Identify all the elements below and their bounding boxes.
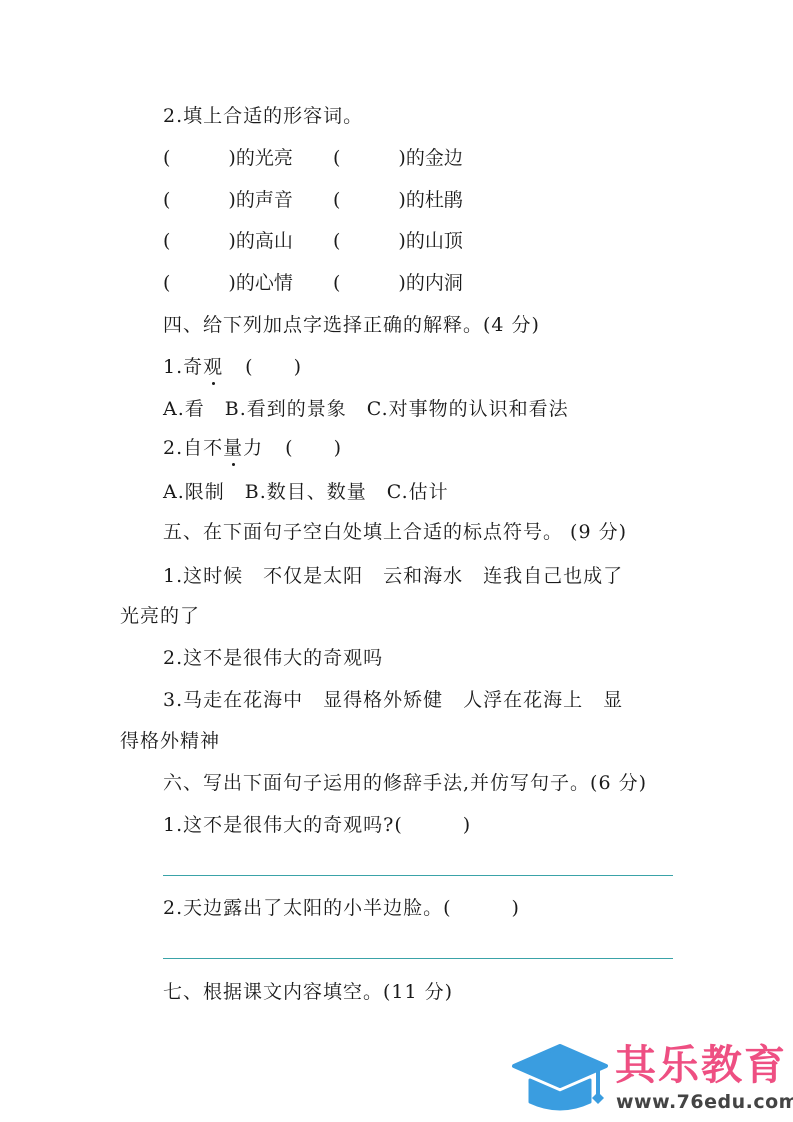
adjective-blank[interactable]: ()的内洞 — [333, 271, 463, 295]
sentence-5-1: 1.这时候 不仅是太阳 云和海水 连我自己也成了 — [163, 564, 623, 588]
brand-url: www.76edu.com — [616, 1092, 793, 1112]
section-5-title: 五、在下面句子空白处填上合适的标点符号。 (9 分) — [163, 520, 627, 544]
adjective-blank[interactable]: ()的山顶 — [333, 229, 463, 253]
adjective-blank[interactable]: ()的心情 — [163, 271, 293, 295]
q2-title: 2.填上合适的形容词。 — [163, 104, 363, 128]
answer-blank[interactable]: ( ) — [285, 437, 342, 459]
section-4-title: 四、给下列加点字选择正确的解释。(4 分) — [163, 313, 540, 337]
question-6-1: 1.这不是很伟大的奇观吗?( ) — [163, 813, 471, 837]
adjective-blank[interactable]: ()的高山 — [163, 229, 293, 253]
emphasis-dot-char: 观 — [203, 355, 223, 379]
emphasis-dot-char: 量 — [223, 436, 243, 460]
question-6-2: 2.天边露出了太阳的小半边脸。( ) — [163, 896, 520, 920]
sentence-5-1-cont: 光亮的了 — [120, 604, 200, 628]
section-7-title: 七、根据课文内容填空。(11 分) — [163, 980, 453, 1004]
answer-blank[interactable]: ( ) — [245, 356, 302, 378]
question-4-1: 1.奇观( ) — [163, 355, 302, 379]
brand-logo: 其乐教育 www.76edu.com — [508, 1040, 788, 1118]
section-6-title: 六、写出下面句子运用的修辞手法,并仿写句子。(6 分) — [163, 771, 647, 795]
question-4-2: 2.自不量力( ) — [163, 436, 342, 460]
sentence-5-3: 3.马走在花海中 显得格外矫健 人浮在花海上 显 — [163, 688, 623, 712]
graduation-cap-icon — [508, 1040, 613, 1115]
sentence-5-3-cont: 得格外精神 — [120, 729, 220, 753]
options-4-2: A.限制 B.数目、数量 C.估计 — [163, 480, 449, 504]
adjective-blank[interactable]: ()的光亮 — [163, 146, 293, 170]
adjective-blank[interactable]: ()的声音 — [163, 188, 293, 212]
brand-title: 其乐教育 — [615, 1043, 787, 1087]
adjective-blank[interactable]: ()的杜鹃 — [333, 188, 463, 212]
options-4-1: A.看 B.看到的景象 C.对事物的认识和看法 — [163, 397, 569, 421]
answer-line[interactable] — [163, 958, 673, 959]
sentence-5-2: 2.这不是很伟大的奇观吗 — [163, 646, 383, 670]
answer-line[interactable] — [163, 875, 673, 876]
adjective-blank[interactable]: ()的金边 — [333, 146, 463, 170]
